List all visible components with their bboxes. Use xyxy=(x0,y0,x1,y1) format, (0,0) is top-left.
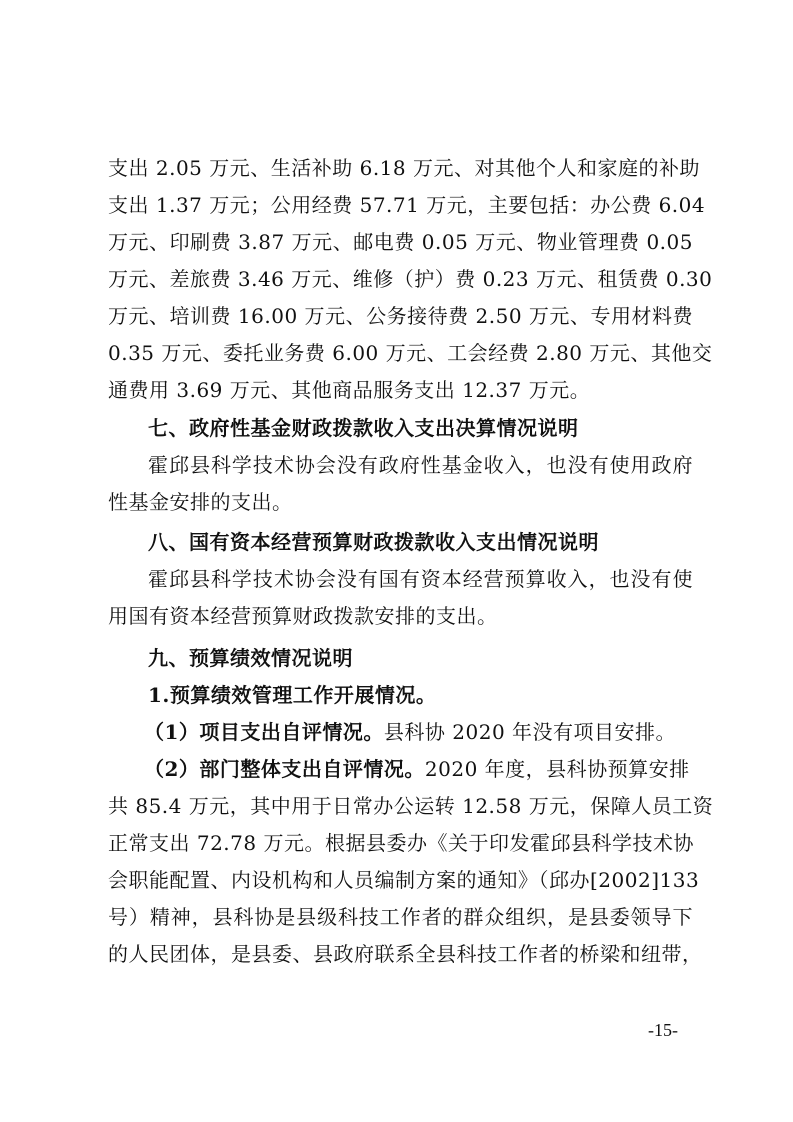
body-line: 用国有资本经营预算财政拨款安排的支出。 xyxy=(108,598,693,635)
body-line: 万元、培训费 16.00 万元、公务接待费 2.50 万元、专用材料费 xyxy=(108,298,693,335)
subheading: 1.预算绩效管理工作开展情况。 xyxy=(148,677,693,714)
body-line: 霍邱县科学技术协会没有政府性基金收入，也没有使用政府 xyxy=(148,447,693,484)
body-line: 正常支出 72.78 万元。根据县委办《关于印发霍邱县科学技术协 xyxy=(108,825,693,862)
body-line: 支出 2.05 万元、生活补助 6.18 万元、对其他个人和家庭的补助 xyxy=(108,150,693,187)
item-2: （2）部门整体支出自评情况。2020 年度，县科协预算安排 xyxy=(144,751,689,788)
body-line: 通费用 3.69 万元、其他商品服务支出 12.37 万元。 xyxy=(108,372,693,409)
body-line: 的人民团体，是县委、县政府联系全县科技工作者的桥梁和纽带， xyxy=(108,936,693,973)
body-line: 万元、印刷费 3.87 万元、邮电费 0.05 万元、物业管理费 0.05 xyxy=(108,224,693,261)
body-line: 霍邱县科学技术协会没有国有资本经营预算收入，也没有使 xyxy=(148,561,693,598)
item-1-label: （1）项目支出自评情况。 xyxy=(144,720,384,744)
body-line: 支出 1.37 万元；公用经费 57.71 万元，主要包括：办公费 6.04 xyxy=(108,187,693,224)
body-line: 万元、差旅费 3.46 万元、维修（护）费 0.23 万元、租赁费 0.30 xyxy=(108,261,693,298)
page-number: -15- xyxy=(648,1020,678,1041)
body-line: 会职能配置、内设机构和人员编制方案的通知》（邱办[2002]133 xyxy=(108,862,693,899)
section-heading-7: 七、政府性基金财政拨款收入支出决算情况说明 xyxy=(148,410,693,447)
item-1: （1）项目支出自评情况。县科协 2020 年没有项目安排。 xyxy=(144,714,689,751)
section-heading-9: 九、预算绩效情况说明 xyxy=(148,640,693,677)
body-line: 0.35 万元、委托业务费 6.00 万元、工会经费 2.80 万元、其他交 xyxy=(108,335,693,372)
body-line: 性基金安排的支出。 xyxy=(108,484,693,521)
body-line: 号）精神，县科协是县级科技工作者的群众组织，是县委领导下 xyxy=(108,899,693,936)
document-page: 支出 2.05 万元、生活补助 6.18 万元、对其他个人和家庭的补助 支出 1… xyxy=(0,0,793,1122)
item-1-text: 县科协 2020 年没有项目安排。 xyxy=(384,720,676,744)
section-heading-8: 八、国有资本经营预算财政拨款收入支出情况说明 xyxy=(148,524,693,561)
item-2-label: （2）部门整体支出自评情况。 xyxy=(144,757,425,781)
item-2-text: 2020 年度，县科协预算安排 xyxy=(425,757,690,781)
body-line: 共 85.4 万元，其中用于日常办公运转 12.58 万元，保障人员工资 xyxy=(108,788,693,825)
